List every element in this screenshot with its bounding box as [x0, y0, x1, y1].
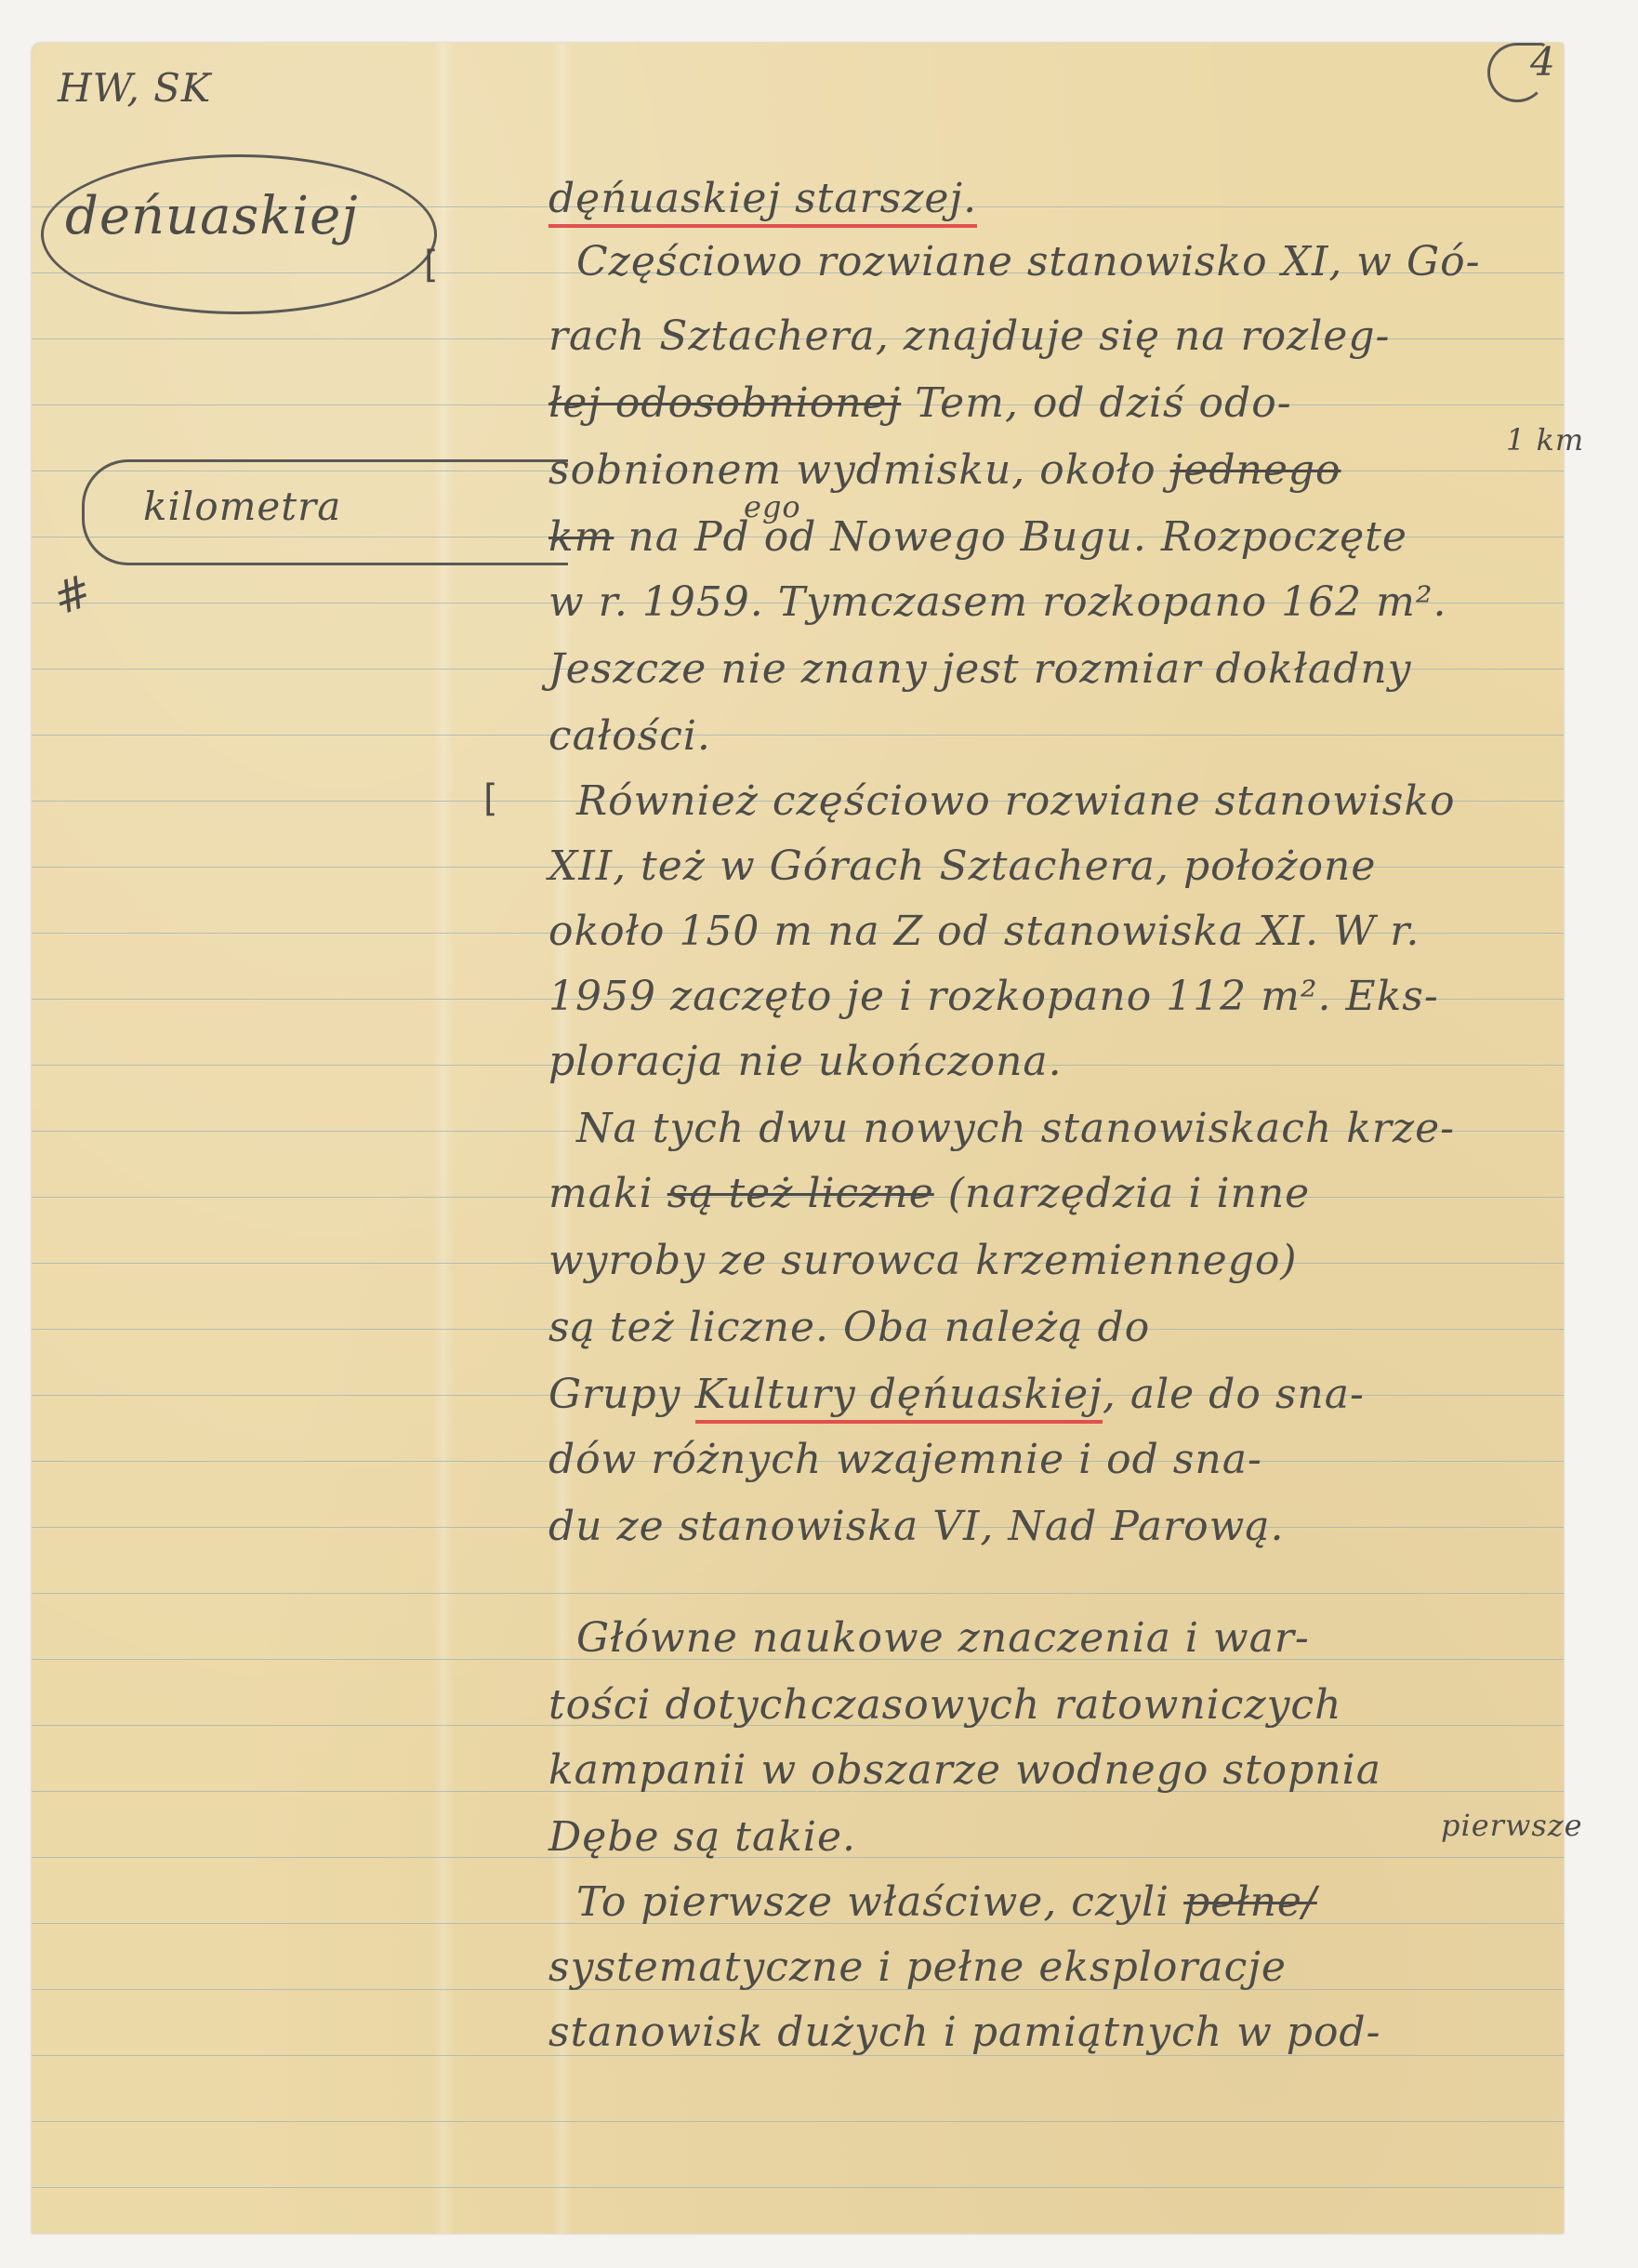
insert-right-26: pierwsze: [1441, 1808, 1583, 1843]
line-1: dęńuaskiej starszej.: [548, 175, 977, 222]
line-13: 1959 zaczęto je i rozkopano 112 m². Eks-: [548, 973, 1439, 1020]
margin-word-1: deńuaskiej: [65, 186, 359, 246]
insert-above-4: 1 km: [1506, 422, 1584, 458]
line-23: Główne naukowe znaczenia i war-: [576, 1614, 1310, 1662]
line-26: Dębe są takie.: [548, 1813, 856, 1861]
line-9: całości.: [548, 712, 711, 760]
line-3: rach Sztachera, znajduje się na rozleg-: [548, 312, 1390, 360]
top-left-note: HW, SK: [58, 65, 211, 111]
rule-line: [32, 735, 1564, 736]
line-2: Częściowo rozwiane stanowisko XI, w Gó-: [576, 238, 1480, 285]
paragraph-mark-icon: [: [483, 777, 498, 820]
line-25: kampanii w obszarze wodnego stopnia: [548, 1746, 1381, 1794]
rule-line: [32, 2187, 1564, 2188]
line-5: sobnionem wydmisku, około jednego: [548, 446, 1341, 494]
line-18: są też liczne. Oba należą do: [548, 1304, 1150, 1351]
paragraph-mark-icon: [: [424, 244, 439, 286]
line-24: tości dotychczasowych ratowniczych: [548, 1681, 1341, 1729]
rule-line: [32, 2121, 1564, 2122]
line-7: w r. 1959. Tymczasem rozkopano 162 m².: [548, 578, 1446, 626]
page-number: 4: [1530, 39, 1556, 85]
line-27: To pierwsze właściwe, czyli pełne/: [576, 1878, 1317, 1926]
line-4: łej odosobnionej Tem, od dziś odo-: [548, 379, 1292, 427]
line-8: Jeszcze nie znany jest rozmiar dokładny: [548, 645, 1412, 693]
line-15: Na tych dwu nowych stanowiskach krze-: [576, 1105, 1455, 1152]
line-17: wyroby ze surowca krzemiennego): [548, 1237, 1298, 1284]
line-11: XII, też w Górach Sztachera, położone: [548, 842, 1376, 890]
line-6: km na Pd od Nowego Bugu. Rozpoczęte: [548, 513, 1407, 561]
rule-line: [32, 1593, 1564, 1594]
line-19: Grupy Kultury dęńuaskiej, ale do sna-: [548, 1371, 1365, 1418]
line-16: maki są też liczne (narzędzia i inne: [548, 1170, 1310, 1217]
line-12: około 150 m na Z od stanowiska XI. W r.: [548, 908, 1420, 955]
margin-word-2: kilometra: [143, 484, 341, 529]
line-20: dów różnych wzajemnie i od sna-: [548, 1436, 1262, 1483]
line-10: Również częściowo rozwiane stanowisko: [576, 777, 1456, 825]
line-29: stanowisk dużych i pamiątnych w pod-: [548, 2009, 1380, 2056]
line-14: ploracja nie ukończona.: [548, 1038, 1063, 1085]
line-28: systematyczne i pełne eksploracje: [548, 1943, 1287, 1991]
line-21: du ze stanowiska VI, Nad Parową.: [548, 1503, 1285, 1550]
